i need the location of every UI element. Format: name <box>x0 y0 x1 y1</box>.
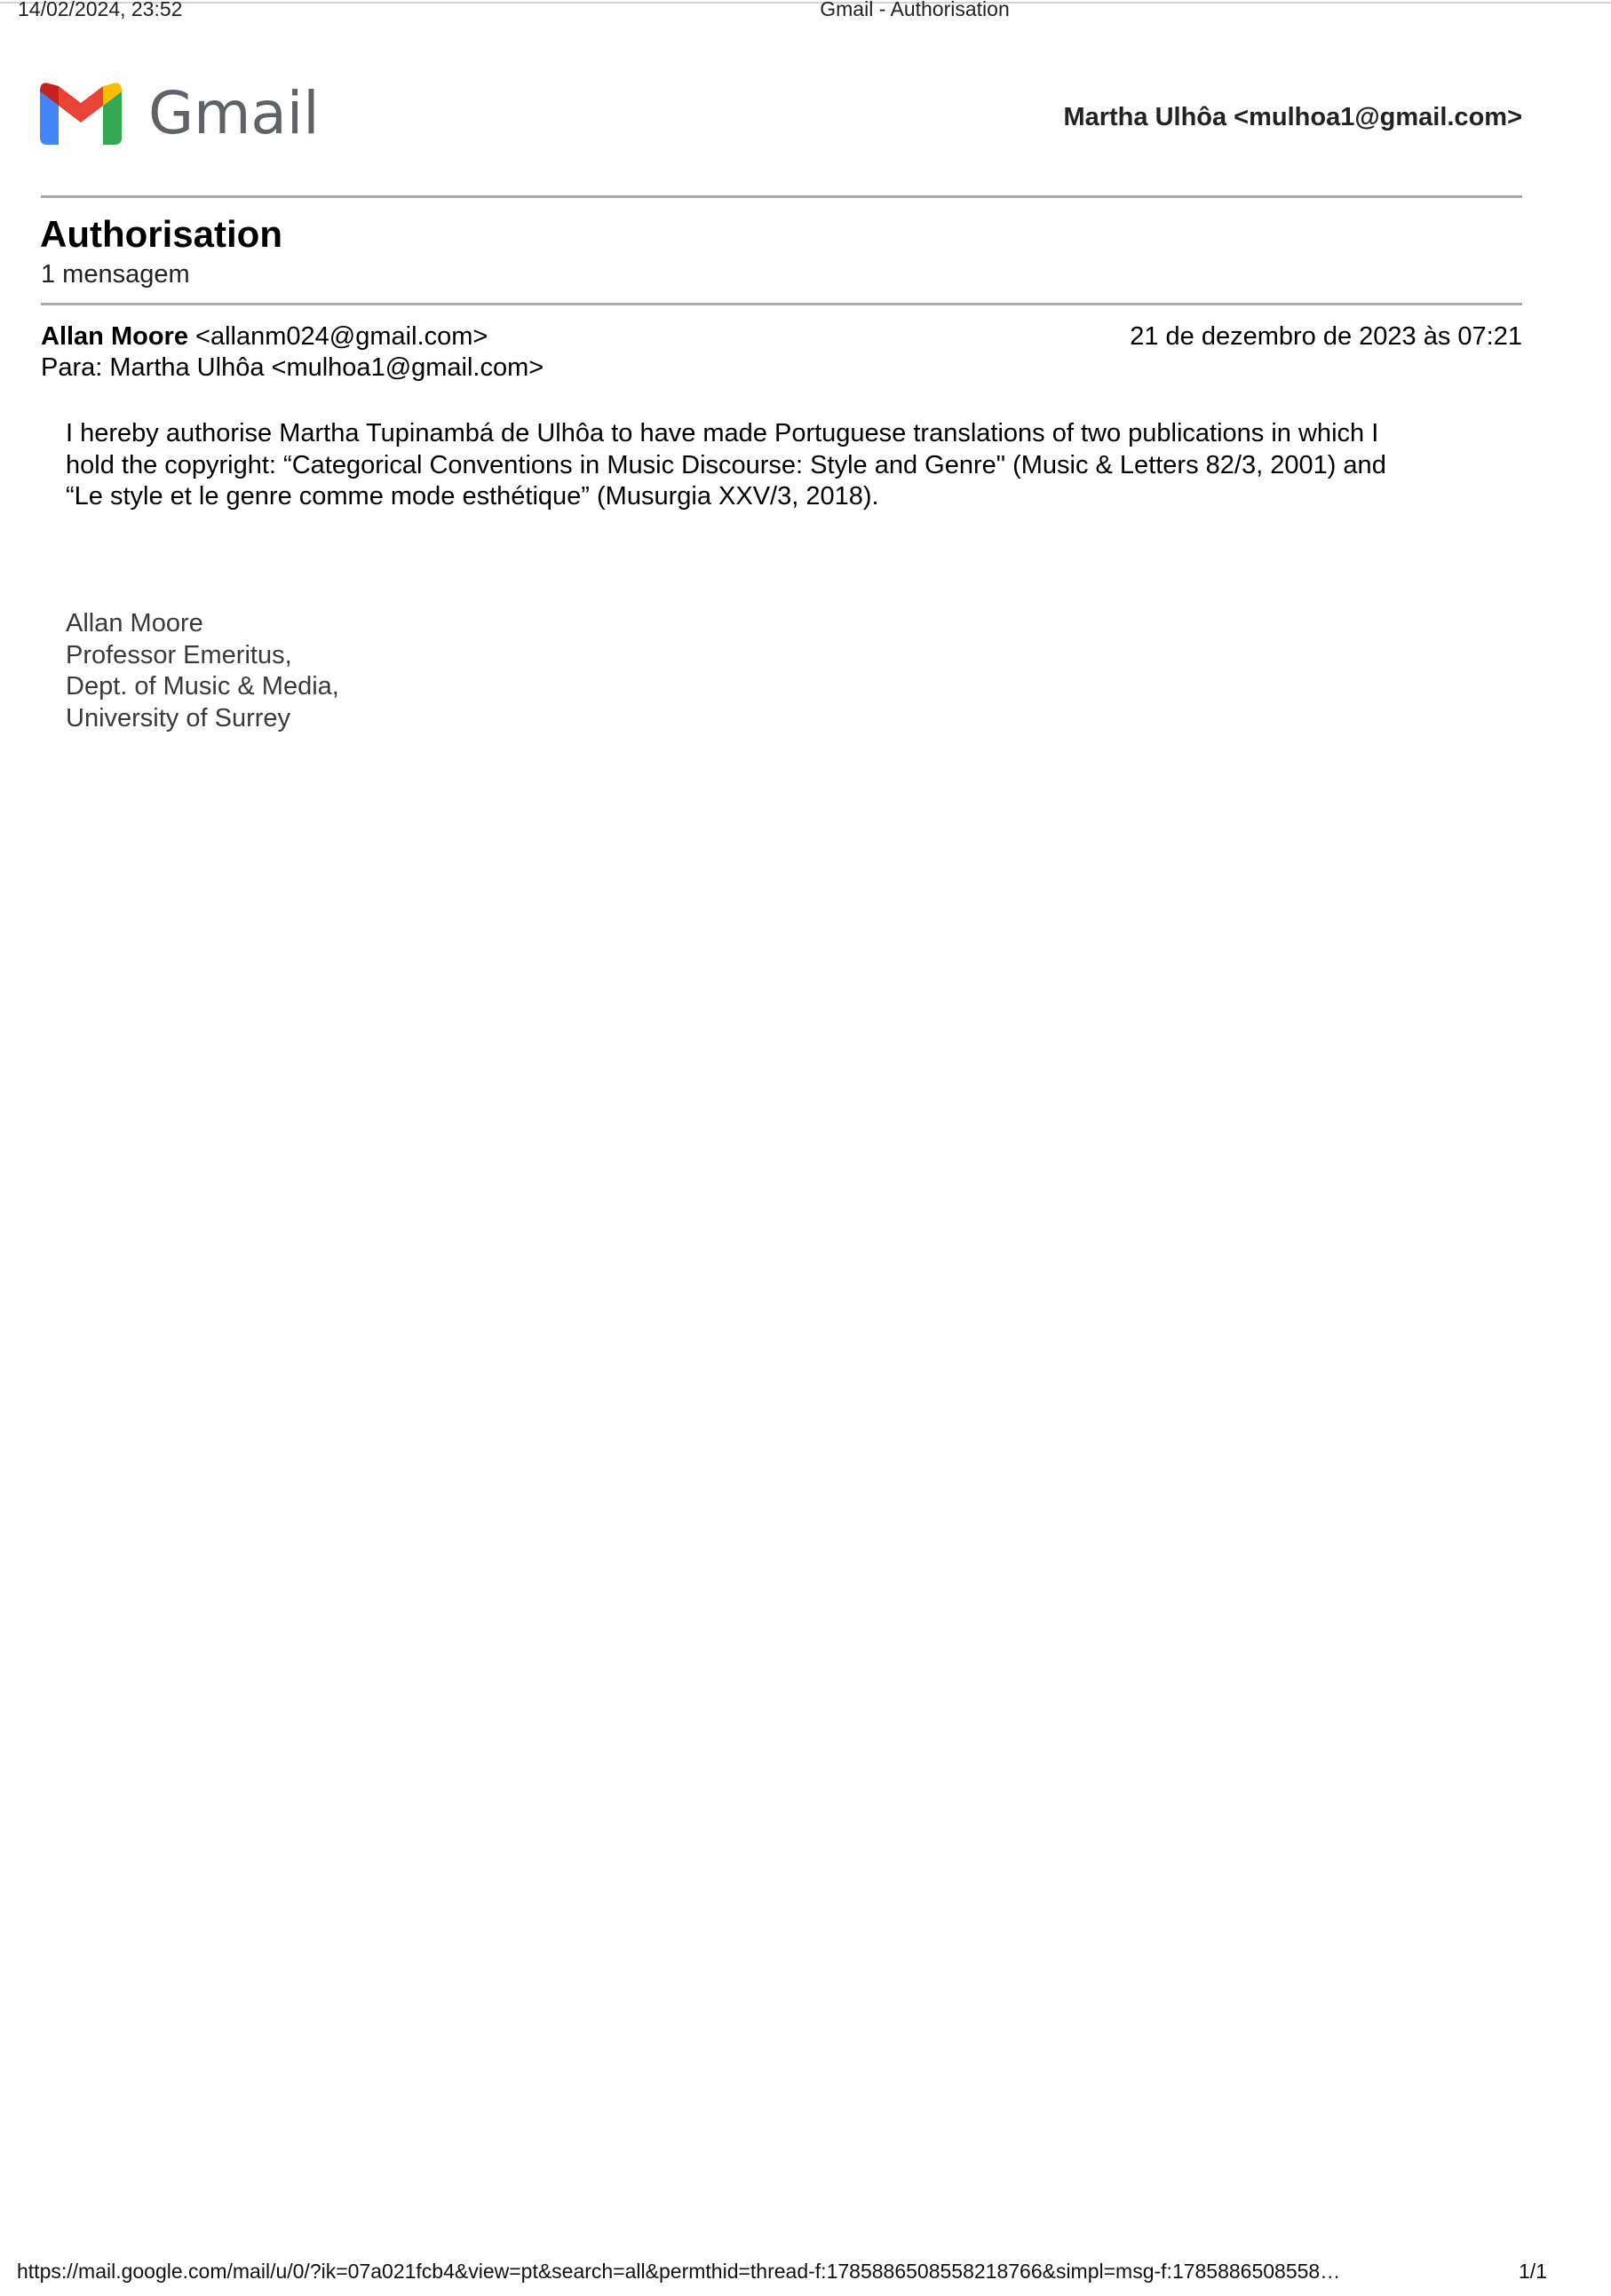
message-body: I hereby authorise Martha Tupinambá de U… <box>66 418 1522 513</box>
signature-line: Dept. of Music & Media, <box>66 671 339 703</box>
body-line: I hereby authorise Martha Tupinambá de U… <box>66 418 1522 450</box>
message-sender: Allan Moore <allanm024@gmail.com> <box>41 321 488 352</box>
signature-line: Allan Moore <box>66 608 339 640</box>
message-signature: Allan Moore Professor Emeritus, Dept. of… <box>66 608 339 734</box>
body-line: hold the copyright: “Categorical Convent… <box>66 450 1522 482</box>
header-divider <box>41 195 1522 198</box>
message-recipient: Para: Martha Ulhôa <mulhoa1@gmail.com> <box>41 352 544 383</box>
sender-name: Allan Moore <box>41 322 188 351</box>
signature-line: University of Surrey <box>66 703 339 735</box>
message-count: 1 mensagem <box>41 259 190 289</box>
print-page-number: 1/1 <box>1519 2260 1547 2284</box>
print-page-title: Gmail - Authorisation <box>0 0 1611 20</box>
gmail-m-icon <box>40 83 122 145</box>
thread-subject: Authorisation <box>40 213 282 256</box>
body-line: “Le style et le genre comme mode esthéti… <box>66 481 1522 513</box>
account-label: Martha Ulhôa <mulhoa1@gmail.com> <box>1063 103 1522 132</box>
gmail-logo: Gmail <box>40 80 320 147</box>
message-date: 21 de dezembro de 2023 às 07:21 <box>1130 321 1522 352</box>
signature-line: Professor Emeritus, <box>66 640 339 672</box>
print-footer-url: https://mail.google.com/mail/u/0/?ik=07a… <box>17 2260 1473 2284</box>
sender-email: <allanm024@gmail.com> <box>195 322 488 351</box>
gmail-wordmark: Gmail <box>148 80 320 147</box>
thread-divider <box>41 303 1522 305</box>
